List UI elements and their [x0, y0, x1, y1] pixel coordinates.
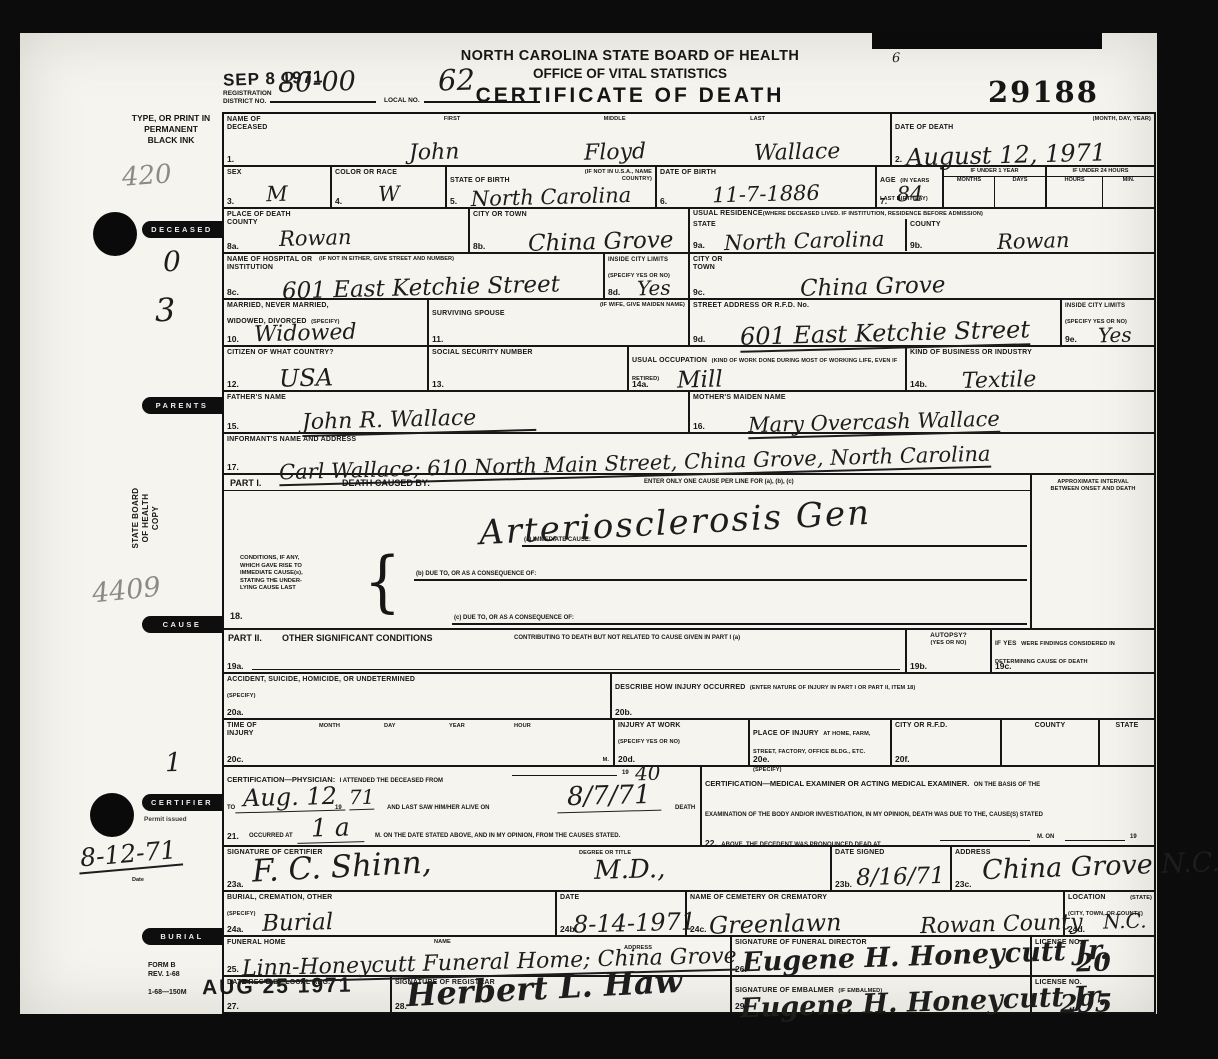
- cond-line3: IMMEDIATE CAUSE(s),: [240, 570, 303, 576]
- occupation-label: USUAL OCCUPATION: [632, 357, 707, 364]
- cert-phys-tovalue: Aug. 12: [235, 782, 346, 814]
- date-received-item: 27.: [227, 1001, 239, 1011]
- header-title-office: OFFICE OF VITAL STATISTICS: [350, 66, 910, 81]
- day-label: DAY: [384, 723, 396, 730]
- place-of-death-label: PLACE OF DEATH: [227, 211, 465, 219]
- spouse-label: SURVIVING SPOUSE: [432, 310, 505, 317]
- funeral-home-name-label: NAME: [434, 939, 451, 946]
- informant-label: INFORMANT'S NAME AND ADDRESS: [227, 436, 1151, 444]
- dob-item: 6.: [660, 196, 667, 206]
- field-res-city: CITY OR TOWN 9c. China Grove: [690, 254, 1154, 298]
- field-date-of-death: DATE OF DEATH (MONTH, DAY, YEAR) 2. Augu…: [892, 114, 1154, 165]
- field-mother: MOTHER'S MAIDEN NAME 16. Mary Overcash W…: [690, 392, 1154, 432]
- row-part2: PART II. OTHER SIGNIFICANT CONDITIONS CO…: [224, 630, 1154, 674]
- date-signed-label: DATE SIGNED: [835, 849, 947, 857]
- place-injury-label: PLACE OF INJURY: [753, 730, 819, 737]
- margin-handwritten-0: 0: [163, 245, 182, 278]
- margin-tab-parents: PARENTS: [142, 397, 222, 414]
- field-hours: HOURS: [1047, 177, 1103, 207]
- due-c-label: (c) DUE TO, OR AS A CONSEQUENCE OF:: [454, 615, 574, 622]
- field-informant: INFORMANT'S NAME AND ADDRESS 17. Carl Wa…: [224, 434, 1154, 473]
- cert-exam-blank1: [940, 840, 1030, 841]
- row-accident: ACCIDENT, SUICIDE, HOMICIDE, OR UNDETERM…: [224, 674, 1154, 720]
- row-injury-detail: TIME OF INJURY MONTH DAY YEAR HOUR 20c. …: [224, 720, 1154, 767]
- district-number-value: 80-00: [278, 66, 357, 99]
- field-date-of-birth: DATE OF BIRTH 6. 11-7-1886: [657, 167, 877, 207]
- burial-date-label: DATE: [560, 894, 682, 902]
- sex-label: SEX: [227, 169, 327, 177]
- margin-tab-cause: CAUSE: [142, 616, 222, 633]
- year-label: YEAR: [449, 723, 465, 730]
- res-state-value: North Carolina: [724, 227, 885, 255]
- citizen-item: 12.: [227, 379, 239, 389]
- accident-sub: (SPECIFY): [227, 693, 256, 699]
- part1-label: PART I.: [230, 478, 261, 488]
- marital-label: MARRIED, NEVER MARRIED,: [227, 302, 424, 310]
- at-work-label: INJURY AT WORK: [618, 722, 745, 730]
- certificate-number: 29188: [988, 75, 1099, 109]
- sob-sub: (IF NOT IN U.S.A., NAME COUNTRY): [582, 169, 652, 182]
- part1-note: ENTER ONLY ONE CAUSE PER LINE FOR (a), (…: [644, 479, 794, 486]
- field-race: COLOR OR RACE 4. W: [332, 167, 447, 207]
- margin-handwritten-3: 3: [155, 291, 176, 330]
- row-name: NAME OF DECEASED FIRST MIDDLE LAST 1. Jo…: [224, 114, 1154, 167]
- how-injury-sub: (ENTER NATURE OF INJURY IN PART I OR PAR…: [750, 685, 915, 691]
- cemetery-item: 24c.: [690, 924, 707, 934]
- row-hospital: NAME OF HOSPITAL OR INSTITUTION (IF NOT …: [224, 254, 1154, 300]
- marital-item: 10.: [227, 334, 239, 344]
- part1-item: 18.: [230, 611, 243, 621]
- field-city-rfd: CITY OR R.F.D. 20f.: [892, 720, 1002, 765]
- injury-county-label: COUNTY: [1005, 722, 1095, 730]
- race-item: 4.: [335, 196, 342, 206]
- field-marital: MARRIED, NEVER MARRIED, WIDOWED, DIVORCE…: [224, 300, 429, 345]
- margin-copy-label: STATE BOARD OF HEALTH COPY: [131, 463, 211, 573]
- field-time-of-injury: TIME OF INJURY MONTH DAY YEAR HOUR 20c. …: [224, 720, 615, 765]
- field-place-city: CITY OR TOWN 8b. China Grove: [470, 209, 690, 252]
- field-cert-physician: CERTIFICATION—PHYSICIAN: I ATTENDED THE …: [224, 767, 702, 845]
- scanned-death-certificate: TYPE, OR PRINT IN PERMANENT BLACK INK 42…: [0, 0, 1218, 1059]
- row-parents: FATHER'S NAME 15. John R. Wallace MOTHER…: [224, 392, 1154, 434]
- field-location: LOCATION (CITY, TOWN, OR COUNTY) 24d. (S…: [1065, 892, 1154, 935]
- field-min: MIN.: [1103, 177, 1154, 207]
- race-value: W: [377, 182, 399, 207]
- industry-label: KIND OF BUSINESS OR INDUSTRY: [910, 349, 1151, 357]
- cert-exam-blank2: [1065, 840, 1125, 841]
- age-value: 84: [896, 182, 923, 207]
- burial-date-value: 8-14-1971: [573, 907, 697, 938]
- margin-handwritten-1: 1: [165, 748, 182, 778]
- field-registrar: SIGNATURE OF REGISTRAR 28. Herbert L. Ha…: [392, 977, 732, 1012]
- date-signed-value: 8/16/71: [856, 863, 945, 891]
- cond-line1: CONDITIONS, IF ANY,: [240, 555, 299, 561]
- conditions-brace: {: [364, 542, 401, 620]
- field-part2: PART II. OTHER SIGNIFICANT CONDITIONS CO…: [224, 630, 907, 672]
- field-inside-limits-9e: INSIDE CITY LIMITS (SPECIFY YES OR NO) 9…: [1062, 300, 1154, 345]
- dob-value: 11-7-1886: [712, 181, 820, 208]
- name-first-value: John: [409, 139, 460, 165]
- marital-value: Widowed: [254, 320, 357, 348]
- field-hospital: NAME OF HOSPITAL OR INSTITUTION (IF NOT …: [224, 254, 605, 298]
- margin-permit-issued: Permit issued: [144, 816, 187, 823]
- row-funeral-home: FUNERAL HOME NAME ADDRESS 25. Linn-Honey…: [224, 937, 1154, 977]
- location-value: Rowan County: [920, 910, 1083, 939]
- dod-label: DATE OF DEATH: [895, 124, 953, 131]
- field-burial-date: DATE 24b. 8-14-1971: [557, 892, 687, 935]
- degree-value: M.D.,: [594, 854, 666, 886]
- spouse-item: 11.: [432, 334, 443, 344]
- field-how-injury: DESCRIBE HOW INJURY OCCURRED (ENTER NATU…: [612, 674, 1154, 718]
- at-work-sub: (SPECIFY YES OR NO): [618, 739, 680, 745]
- cond-line5: LYING CAUSE LAST: [240, 585, 296, 591]
- name-first-label: FIRST: [444, 116, 461, 123]
- res-city-item: 9c.: [693, 287, 705, 297]
- father-value: John R. Wallace: [302, 404, 537, 437]
- field-injury-at-work: INJURY AT WORK (SPECIFY YES OR NO) 20d.: [615, 720, 750, 765]
- location-state-value: N.C.: [1103, 908, 1147, 933]
- copy-line1: STATE BOARD: [131, 488, 140, 549]
- res-street-item: 9d.: [693, 334, 705, 344]
- copy-line2: OF HEALTH: [141, 494, 150, 543]
- form-no-line1: FORM B: [148, 962, 176, 969]
- interval-label2: BETWEEN ONSET AND DEATH: [1035, 486, 1151, 493]
- field-injury-county: COUNTY: [1002, 720, 1100, 765]
- burial-value: Burial: [262, 909, 334, 937]
- instruction-line2: PERMANENT: [144, 124, 198, 134]
- limits-9e-label: INSIDE CITY LIMITS: [1065, 302, 1151, 310]
- name-item: 1.: [227, 154, 234, 164]
- father-label: FATHER'S NAME: [227, 394, 685, 402]
- cert-exam-text1: ON THE BASIS OF THE: [974, 782, 1040, 788]
- burial-sub: (SPECIFY): [227, 911, 256, 917]
- residence-label: USUAL RESIDENCE: [693, 210, 763, 217]
- part2-note: CONTRIBUTING TO DEATH BUT NOT RELATED TO…: [514, 635, 740, 642]
- accident-label: ACCIDENT, SUICIDE, HOMICIDE, OR UNDETERM…: [227, 676, 607, 684]
- cert-phys-occurred: OCCURRED AT: [249, 833, 293, 840]
- instruction-line1: TYPE, OR PRINT IN: [132, 113, 210, 123]
- cert-phys-toyear: 71: [349, 785, 375, 811]
- limits-8d-label: INSIDE CITY LIMITS: [608, 256, 685, 264]
- group-usual-residence: USUAL RESIDENCE (WHERE DECEASED LIVED. I…: [690, 209, 1154, 252]
- sob-value: North Carolina: [470, 183, 631, 211]
- field-embalmer: SIGNATURE OF EMBALMER (IF EMBALMED) 29. …: [732, 977, 1032, 1012]
- city-item: 8b.: [473, 241, 485, 251]
- res-city-label: CITY OR: [693, 256, 1151, 264]
- registrar-item: 28.: [395, 1001, 407, 1011]
- margin-tab-burial: BURIAL: [142, 928, 222, 945]
- field-res-state: STATE 9a. North Carolina: [690, 219, 907, 251]
- how-injury-item: 20b.: [615, 707, 632, 717]
- ssn-label: SOCIAL SECURITY NUMBER: [432, 349, 624, 357]
- hospital-label: NAME OF HOSPITAL OR INSTITUTION: [227, 256, 317, 272]
- field-autopsy: AUTOPSY? (YES OR NO) 19b.: [907, 630, 992, 672]
- part2-label: PART II.: [228, 633, 262, 643]
- margin-handwritten-date: 8-12-71: [77, 835, 184, 875]
- form-no-line3: 1-68—150M: [148, 989, 187, 996]
- margin-date-label: Date: [132, 877, 144, 883]
- part1-caption: DEATH CAUSED BY:: [342, 478, 430, 488]
- cond-line2: WHICH GAVE RISE TO: [240, 563, 302, 569]
- location-state-label: (STATE): [1130, 895, 1152, 902]
- occupation-item: 14a.: [632, 379, 649, 389]
- cert-phys-occurredvalue: 1 a: [297, 812, 365, 844]
- cert-exam-mon: M. ON: [1037, 834, 1054, 841]
- city-label: CITY OR TOWN: [473, 211, 685, 219]
- due-b-label: (b) DUE TO, OR AS A CONSEQUENCE OF:: [416, 571, 536, 578]
- sig-certifier-item: 23a.: [227, 879, 244, 889]
- limits-9e-item: 9e.: [1065, 334, 1077, 344]
- name-label2: DECEASED: [227, 124, 887, 132]
- father-item: 15.: [227, 421, 239, 431]
- time-injury-item: 20c.: [227, 754, 244, 764]
- city-rfd-label: CITY OR R.F.D.: [895, 722, 997, 730]
- dod-item: 2.: [895, 154, 902, 164]
- field-funeral-director: SIGNATURE OF FUNERAL DIRECTOR 26. Eugene…: [732, 937, 1032, 975]
- field-name-of-deceased: NAME OF DECEASED FIRST MIDDLE LAST 1. Jo…: [224, 114, 892, 165]
- part1-main: PART I. DEATH CAUSED BY: ENTER ONLY ONE …: [224, 475, 1032, 628]
- cert-exam-19: 19: [1130, 834, 1137, 841]
- county-value: Rowan: [279, 225, 352, 251]
- row-informant: INFORMANT'S NAME AND ADDRESS 17. Carl Wa…: [224, 434, 1154, 475]
- field-cert-address: ADDRESS 23c. China Grove N.C.: [952, 847, 1154, 890]
- row-certifier-signature: SIGNATURE OF CERTIFIER DEGREE OR TITLE 2…: [224, 847, 1154, 892]
- document-page: TYPE, OR PRINT IN PERMANENT BLACK INK 42…: [20, 33, 1157, 1014]
- date-signed-item: 23b.: [835, 879, 852, 889]
- res-city-value: China Grove: [800, 272, 946, 302]
- residence-sub: (WHERE DECEASED LIVED. IF INSTITUTION, R…: [763, 211, 983, 217]
- age-item: 7.: [880, 196, 887, 206]
- cert-phys-19a: 19: [622, 770, 629, 777]
- res-county-value: Rowan: [997, 228, 1070, 254]
- name-last-value: Wallace: [754, 139, 841, 166]
- autopsy-item: 19b.: [910, 661, 927, 671]
- res-county-label: COUNTY: [910, 221, 1151, 229]
- funeral-home-item: 25.: [227, 964, 239, 974]
- hospital-item: 8c.: [227, 287, 239, 297]
- sex-item: 3.: [227, 196, 234, 206]
- res-state-item: 9a.: [693, 240, 705, 250]
- cert-phys-death: DEATH: [675, 805, 695, 812]
- race-label: COLOR OR RACE: [335, 169, 442, 177]
- embalmer-license-value: 295: [1060, 988, 1113, 1018]
- conditions-note: CONDITIONS, IF ANY, WHICH GAVE RISE TO I…: [240, 555, 358, 593]
- mother-item: 16.: [693, 421, 705, 431]
- industry-value: Textile: [962, 367, 1037, 394]
- field-accident: ACCIDENT, SUICIDE, HOMICIDE, OR UNDETERM…: [224, 674, 612, 718]
- occupation-value: Mill: [677, 366, 723, 393]
- instruction-line3: BLACK INK: [148, 135, 195, 145]
- field-res-county: COUNTY 9b. Rowan: [907, 219, 1154, 251]
- part2-caption: OTHER SIGNIFICANT CONDITIONS: [282, 633, 433, 643]
- age-label: AGE: [880, 177, 896, 184]
- findings-label: IF YES: [995, 640, 1017, 647]
- time-injury-label: TIME OF: [227, 722, 610, 730]
- field-father: FATHER'S NAME 15. John R. Wallace: [224, 392, 690, 432]
- cert-phys-lastseen: 8/7/71: [557, 780, 661, 814]
- row-registrar: DATE REC'D BY LOCAL REG. 27. SIGNATURE O…: [224, 977, 1154, 1012]
- field-spouse: SURVIVING SPOUSE (IF WIFE, GIVE MAIDEN N…: [429, 300, 690, 345]
- limits-8d-item: 8d.: [608, 287, 620, 297]
- hospital-sub: (IF NOT IN EITHER, GIVE STREET AND NUMBE…: [319, 256, 454, 263]
- name-middle-value: Floyd: [584, 139, 647, 166]
- under-24-label: IF UNDER 24 HOURS: [1047, 167, 1154, 177]
- city-value: China Grove: [528, 227, 674, 257]
- days-label: DAYS: [995, 177, 1045, 184]
- scan-artifact-bar: [872, 33, 1102, 49]
- mother-label: MOTHER'S MAIDEN NAME: [693, 394, 1151, 402]
- cemetery-value: Greenlawn: [709, 908, 842, 939]
- field-burial: BURIAL, CREMATION, OTHER (SPECIFY) 24a. …: [224, 892, 557, 935]
- name-last-label: LAST: [750, 116, 765, 123]
- res-city-label2: TOWN: [693, 264, 1151, 272]
- under-1-year-label: IF UNDER 1 YEAR: [944, 167, 1045, 177]
- sex-value: M: [266, 182, 288, 207]
- row-place-residence: PLACE OF DEATH COUNTY 8a. Rowan CITY OR …: [224, 209, 1154, 254]
- part1-interval: APPROXIMATE INTERVAL BETWEEN ONSET AND D…: [1032, 475, 1154, 628]
- group-if-under-1-year: IF UNDER 1 YEAR MONTHS DAYS: [944, 167, 1047, 207]
- cert-phys-text3: M. ON THE DATE STATED ABOVE, AND IN MY O…: [375, 833, 620, 840]
- time-injury-label2: INJURY: [227, 730, 610, 738]
- field-cert-examiner: CERTIFICATION—MEDICAL EXAMINER OR ACTING…: [702, 767, 1154, 845]
- res-street-label: STREET ADDRESS OR R.F.D. No.: [693, 302, 1057, 310]
- cert-phys-item: 21.: [227, 831, 239, 841]
- field-days: DAYS: [995, 177, 1045, 207]
- field-age: AGE (IN YEARS LAST BIRTHDAY) 7. 84: [877, 167, 944, 207]
- autopsy-label: AUTOPSY?: [910, 632, 987, 640]
- limits-8d-value: Yes: [637, 276, 671, 301]
- punch-hole-bottom: [90, 793, 134, 837]
- industry-item: 14b.: [910, 379, 927, 389]
- copy-line3: COPY: [151, 506, 160, 530]
- field-injury-state: STATE: [1100, 720, 1154, 765]
- row-burial: BURIAL, CREMATION, OTHER (SPECIFY) 24a. …: [224, 892, 1154, 937]
- hour-label: HOUR: [514, 723, 531, 730]
- cert-address-item: 23c.: [955, 879, 972, 889]
- informant-item: 17.: [227, 462, 239, 472]
- margin-form-number: FORM B REV. 1-68 1-68—150M: [148, 961, 187, 997]
- field-date-signed: DATE SIGNED 23b. 8/16/71: [832, 847, 952, 890]
- accident-item: 20a.: [227, 707, 244, 717]
- field-ssn: SOCIAL SECURITY NUMBER 13.: [429, 347, 629, 390]
- how-injury-label: DESCRIBE HOW INJURY OCCURRED: [615, 684, 745, 691]
- header-title-certificate: CERTIFICATE OF DEATH: [350, 84, 910, 108]
- place-injury-item: 20e.: [753, 754, 770, 764]
- dod-sub: (MONTH, DAY, YEAR): [1093, 116, 1151, 123]
- cert-phys-text2: AND LAST SAW HIM/HER ALIVE ON: [387, 805, 489, 812]
- limits-9e-value: Yes: [1098, 323, 1132, 348]
- margin-tab-certifier: CERTIFIER: [142, 794, 222, 811]
- certificate-form: NAME OF DECEASED FIRST MIDDLE LAST 1. Jo…: [222, 112, 1156, 1014]
- res-county-item: 9b.: [910, 240, 922, 250]
- name-middle-label: MIDDLE: [604, 116, 626, 123]
- name-label: NAME OF: [227, 116, 887, 124]
- field-industry: KIND OF BUSINESS OR INDUSTRY 14b. Textil…: [907, 347, 1154, 390]
- cert-exam-text2: EXAMINATION OF THE BODY AND/OR INVESTIGA…: [705, 812, 1043, 818]
- row-sex-birth: SEX 3. M COLOR OR RACE 4. W STATE OF BIR…: [224, 167, 1154, 209]
- margin-handwritten-420: 420: [121, 159, 173, 192]
- part2-item: 19a.: [227, 661, 244, 671]
- sob-item: 5.: [450, 196, 457, 206]
- at-work-item: 20d.: [618, 754, 635, 764]
- cert-phys-text1: I ATTENDED THE DECEASED FROM: [340, 778, 443, 784]
- cond-line4: STATING THE UNDER-: [240, 578, 302, 584]
- time-injury-m: M.: [603, 757, 609, 764]
- row-part1: PART I. DEATH CAUSED BY: ENTER ONLY ONE …: [224, 475, 1154, 630]
- punch-hole-top: [93, 212, 137, 256]
- group-if-under-24-hours: IF UNDER 24 HOURS HOURS MIN.: [1047, 167, 1154, 207]
- hours-label: HOURS: [1047, 177, 1102, 184]
- margin-instruction: TYPE, OR PRINT IN PERMANENT BLACK INK: [105, 113, 237, 146]
- cert-phys-19b: 19: [335, 805, 342, 812]
- row-marital-street: MARRIED, NEVER MARRIED, WIDOWED, DIVORCE…: [224, 300, 1154, 347]
- cemetery-label: NAME OF CEMETERY OR CREMATORY: [690, 894, 1060, 902]
- cert-phys-blank1: [512, 775, 617, 776]
- header-handwritten-mark: 6: [892, 51, 901, 66]
- field-inside-limits-8d: INSIDE CITY LIMITS (SPECIFY YES OR NO) 8…: [605, 254, 690, 298]
- autopsy-sub: (YES OR NO): [910, 640, 987, 647]
- cert-phys-to: TO: [227, 805, 235, 812]
- field-place-county: PLACE OF DEATH COUNTY 8a. Rowan: [224, 209, 470, 252]
- form-no-line2: REV. 1-68: [148, 971, 180, 978]
- ssn-item: 13.: [432, 379, 444, 389]
- header-title-board: NORTH CAROLINA STATE BOARD OF HEALTH: [350, 48, 910, 64]
- header-titles: NORTH CAROLINA STATE BOARD OF HEALTH OFF…: [350, 48, 910, 108]
- cert-exam-label: CERTIFICATION—MEDICAL EXAMINER OR ACTING…: [705, 779, 969, 788]
- field-state-of-birth: STATE OF BIRTH (IF NOT IN U.S.A., NAME C…: [447, 167, 657, 207]
- burial-label: BURIAL, CREMATION, OTHER: [227, 894, 552, 902]
- spouse-sub: (IF WIFE, GIVE MAIDEN NAME): [600, 302, 685, 309]
- county-item: 8a.: [227, 241, 239, 251]
- dob-label: DATE OF BIRTH: [660, 169, 872, 177]
- field-findings: IF YES WERE FINDINGS CONSIDERED IN DETER…: [992, 630, 1154, 672]
- burial-item: 24a.: [227, 924, 244, 934]
- sob-label: STATE OF BIRTH: [450, 177, 510, 184]
- field-citizen: CITIZEN OF WHAT COUNTRY? 12. USA: [224, 347, 429, 390]
- due-c-line: [452, 623, 1027, 625]
- row-certification: CERTIFICATION—PHYSICIAN: I ATTENDED THE …: [224, 767, 1154, 847]
- part2-line: [252, 669, 900, 670]
- row-citizen-occupation: CITIZEN OF WHAT COUNTRY? 12. USA SOCIAL …: [224, 347, 1154, 392]
- margin-tab-deceased: DECEASED: [142, 221, 222, 238]
- months-label: MONTHS: [944, 177, 994, 184]
- field-res-street: STREET ADDRESS OR R.F.D. No. 9d. 601 Eas…: [690, 300, 1062, 345]
- city-rfd-item: 20f.: [895, 754, 910, 764]
- citizen-value: USA: [279, 363, 334, 392]
- field-place-of-injury: PLACE OF INJURY AT HOME, FARM, STREET, F…: [750, 720, 892, 765]
- citizen-label: CITIZEN OF WHAT COUNTRY?: [227, 349, 424, 357]
- field-signature-certifier: SIGNATURE OF CERTIFIER DEGREE OR TITLE 2…: [224, 847, 832, 890]
- field-months: MONTHS: [944, 177, 995, 207]
- part1-divider: [224, 490, 1032, 491]
- margin-handwritten-4409: 4409: [91, 571, 163, 609]
- field-sex: SEX 3. M: [224, 167, 332, 207]
- findings-item: 19c.: [995, 661, 1012, 671]
- field-occupation: USUAL OCCUPATION (KIND OF WORK DONE DURI…: [629, 347, 907, 390]
- min-label: MIN.: [1103, 177, 1154, 184]
- month-label: MONTH: [319, 723, 340, 730]
- injury-state-label: STATE: [1103, 722, 1151, 730]
- due-b-line: [414, 579, 1027, 581]
